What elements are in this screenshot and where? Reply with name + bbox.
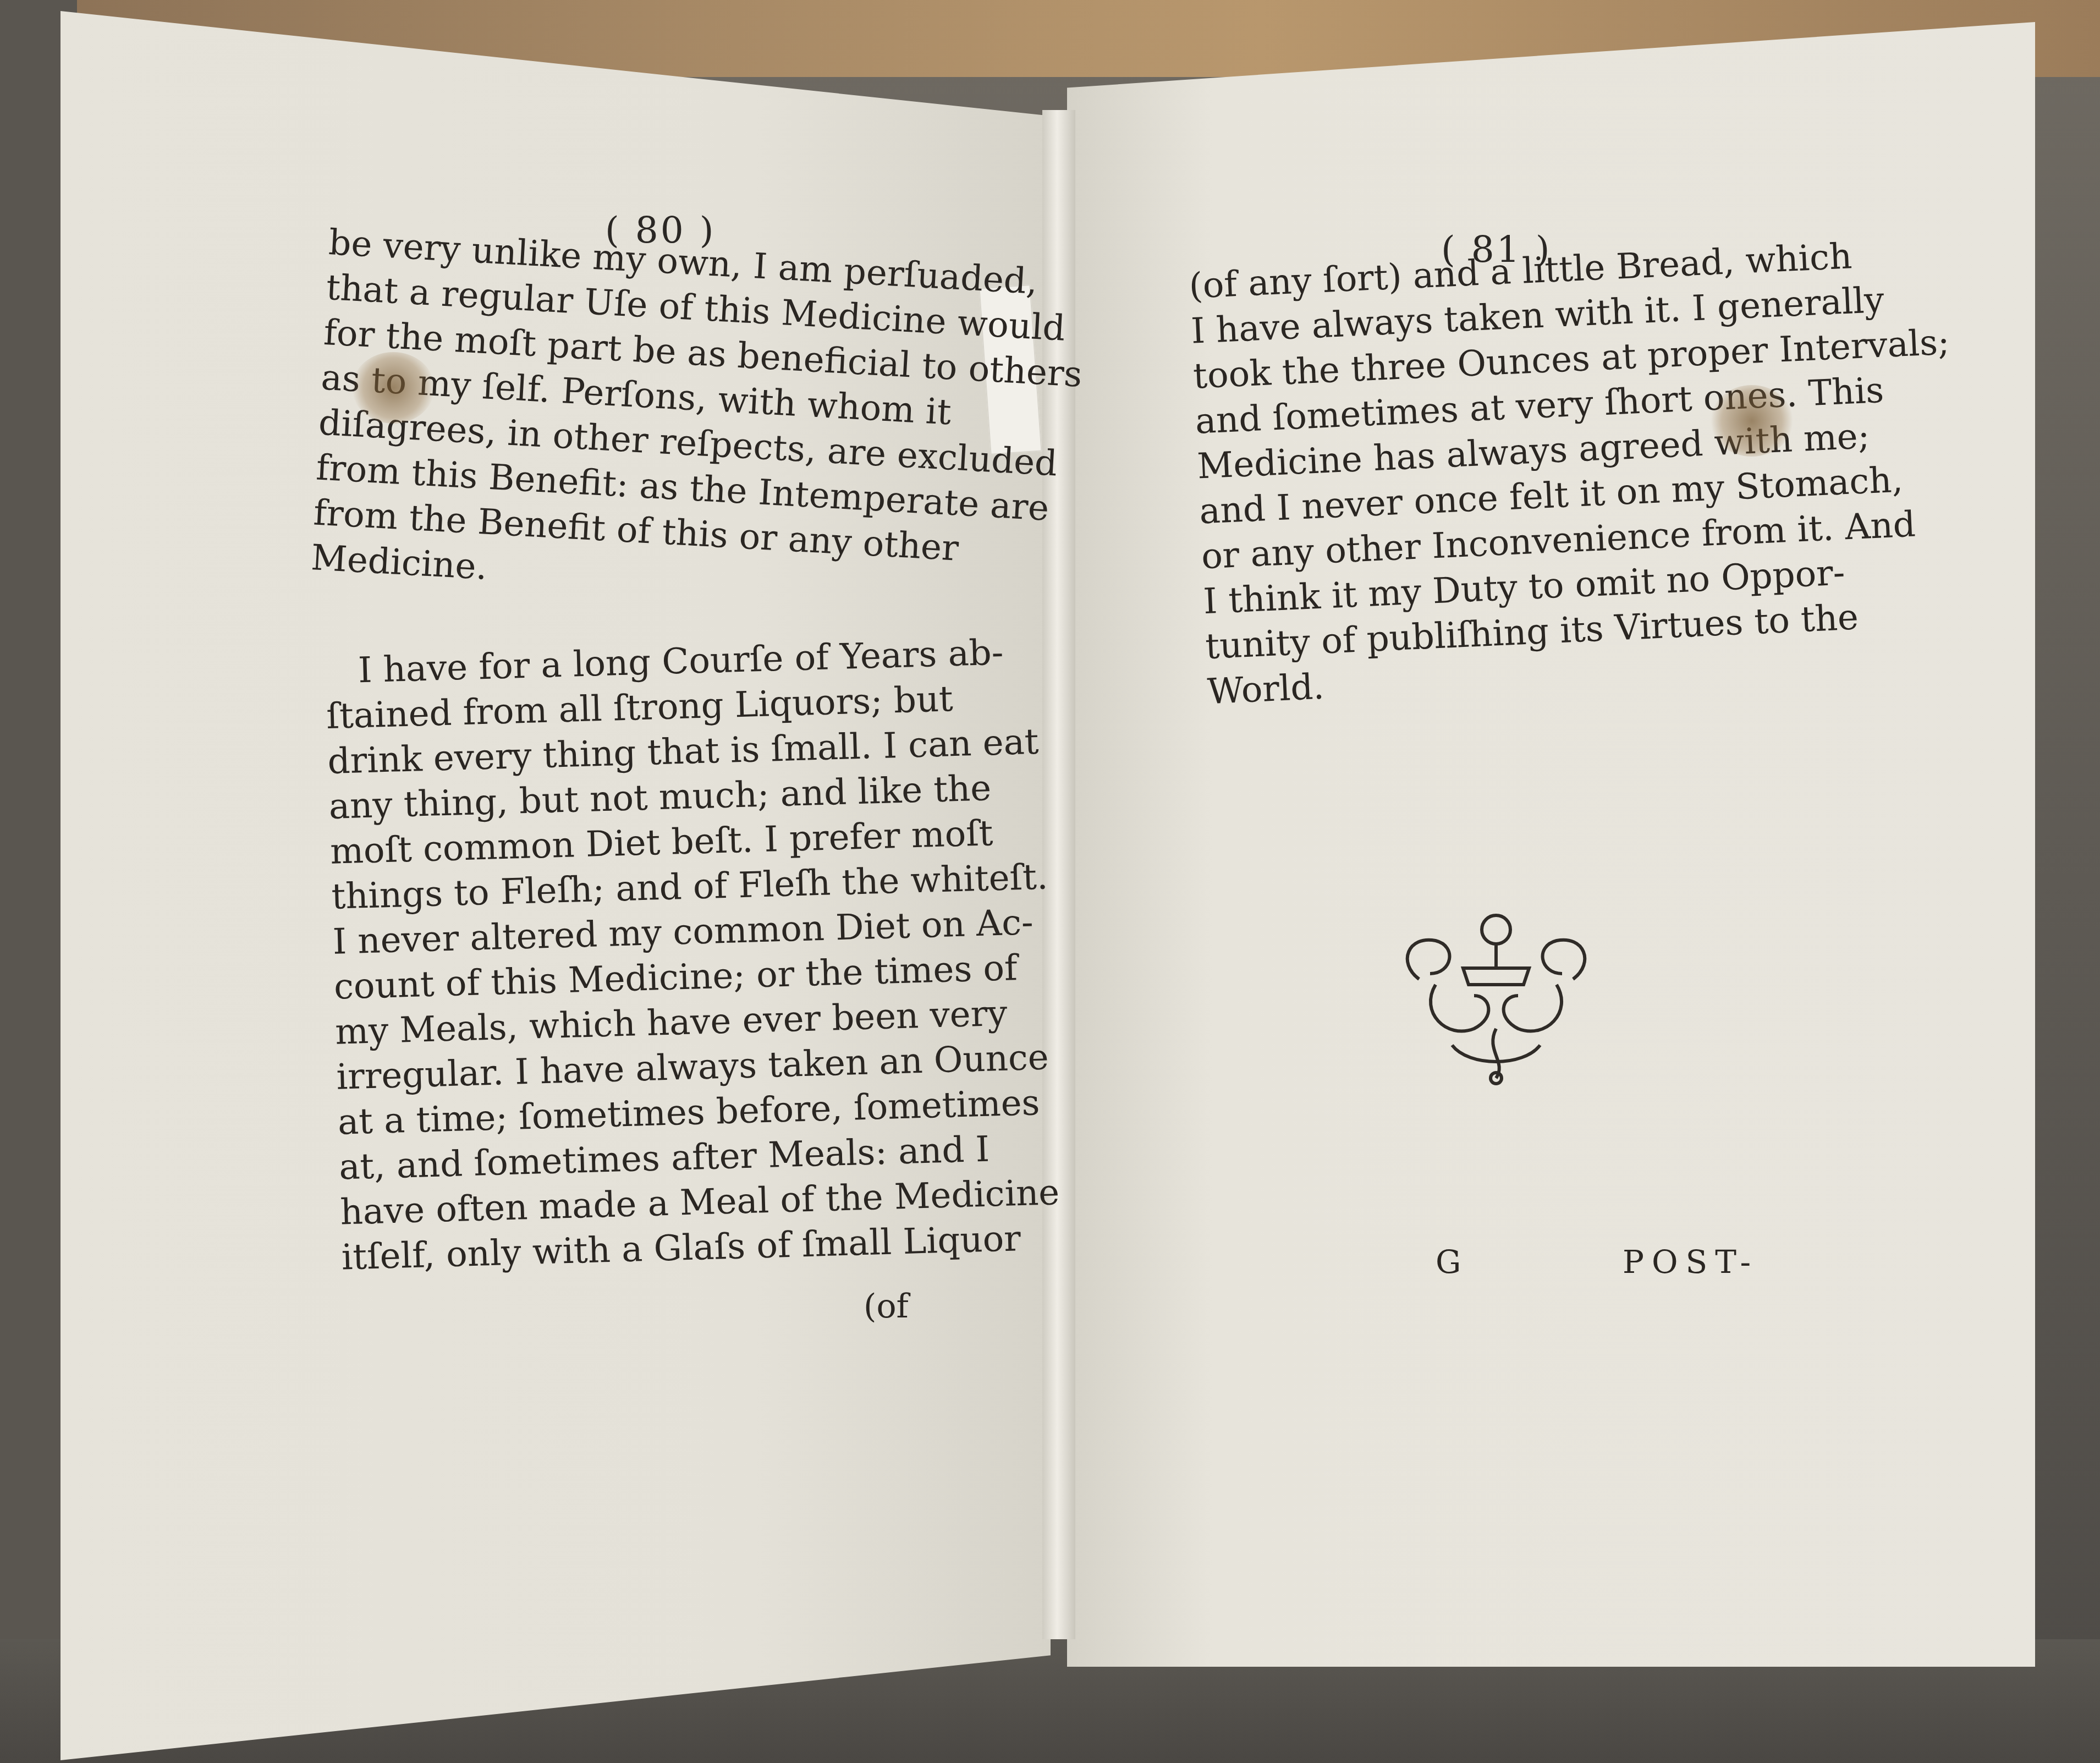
foxing-stain bbox=[1711, 385, 1793, 457]
right-page-paragraph: (of any ſort) and a little Bread, which … bbox=[1188, 237, 1813, 715]
tailpiece-ornament-icon bbox=[1386, 902, 1606, 1089]
right-catchword: POST- bbox=[1623, 1243, 1758, 1281]
foxing-stain bbox=[352, 352, 435, 424]
left-catchword: (of bbox=[864, 1287, 909, 1326]
signature-mark: G bbox=[1436, 1243, 1461, 1281]
left-page-paragraph-2: I have for a long Courſe of Years ab- ſt… bbox=[325, 632, 947, 1280]
